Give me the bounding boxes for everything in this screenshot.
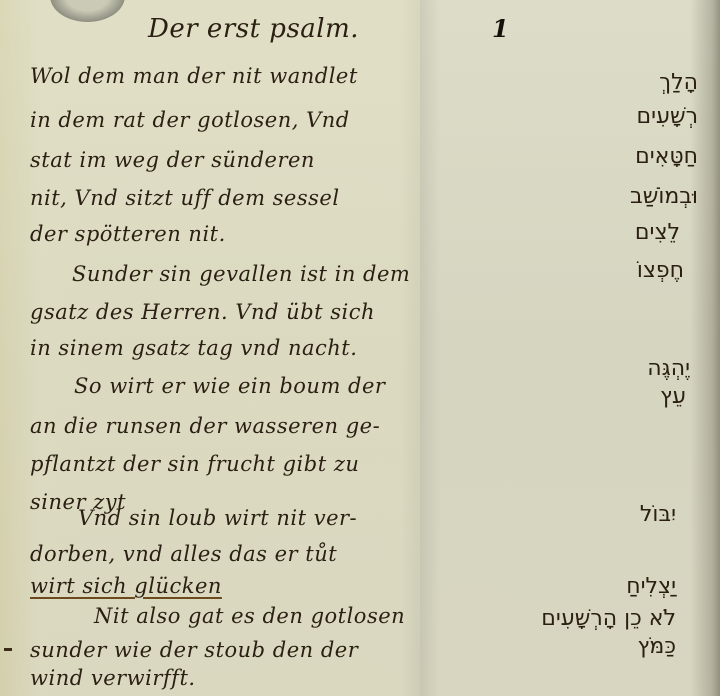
hebrew-gloss: חַטָּאִים (635, 144, 698, 169)
text-line: Sunder sin gevallen ist in dem (72, 262, 410, 286)
hebrew-gloss: לֵצִים (635, 220, 680, 245)
hebrew-gloss: יַצְלִיחַ (626, 574, 676, 599)
margin-mark (4, 648, 12, 651)
folio-number: 1 (492, 14, 509, 43)
hebrew-gloss: רְשָׁעִים (636, 104, 698, 129)
text-line: wind verwirfft. (30, 666, 196, 690)
text-line: So wirt er wie ein boum der (74, 374, 385, 398)
page-title: Der erst psalm. (148, 14, 359, 44)
text-line: gsatz des Herren. Vnd übt sich (30, 300, 375, 324)
text-line: in sinem gsatz tag vnd nacht. (30, 336, 357, 360)
text-line: sunder wie der stoub den der (30, 638, 358, 662)
text-line: der spötteren nit. (30, 222, 226, 246)
text-line: Wol dem man der nit wandlet (30, 64, 358, 88)
text-line: in dem rat der gotlosen, Vnd (30, 108, 350, 132)
hebrew-gloss: חֶפְצוֹ (637, 258, 684, 283)
hebrew-gloss: יִבּוֹל (640, 502, 676, 527)
text-line: an die runsen der wasseren ge- (30, 414, 380, 438)
text-line: dorben, vnd alles das er tůt (30, 542, 337, 566)
text-line: pflantzt der sin frucht gibt zu (30, 452, 359, 476)
hebrew-gloss: עֵץ (660, 384, 686, 409)
text-line: Nit also gat es den gotlosen (94, 604, 405, 628)
text-line: nit, Vnd sitzt uff dem sessel (30, 186, 340, 210)
hebrew-gloss: לֹא כֵן הָרְשָׁעִים (541, 606, 676, 631)
hebrew-gloss: יֶהְגֶּה (647, 356, 690, 381)
text-line: Vnd sin loub wirt nit ver- (78, 506, 357, 530)
text-line: stat im weg der sünderen (30, 148, 315, 172)
hebrew-gloss: הָלַךְ (659, 70, 698, 95)
hebrew-gloss: כַּמֹּץ (638, 634, 676, 659)
manuscript-page: Der erst psalm. 1 Wol dem man der nit wa… (0, 0, 720, 696)
text-line: wirt sich glücken (30, 574, 222, 598)
hebrew-gloss: וּבְמוֹשַׁב (630, 184, 698, 209)
